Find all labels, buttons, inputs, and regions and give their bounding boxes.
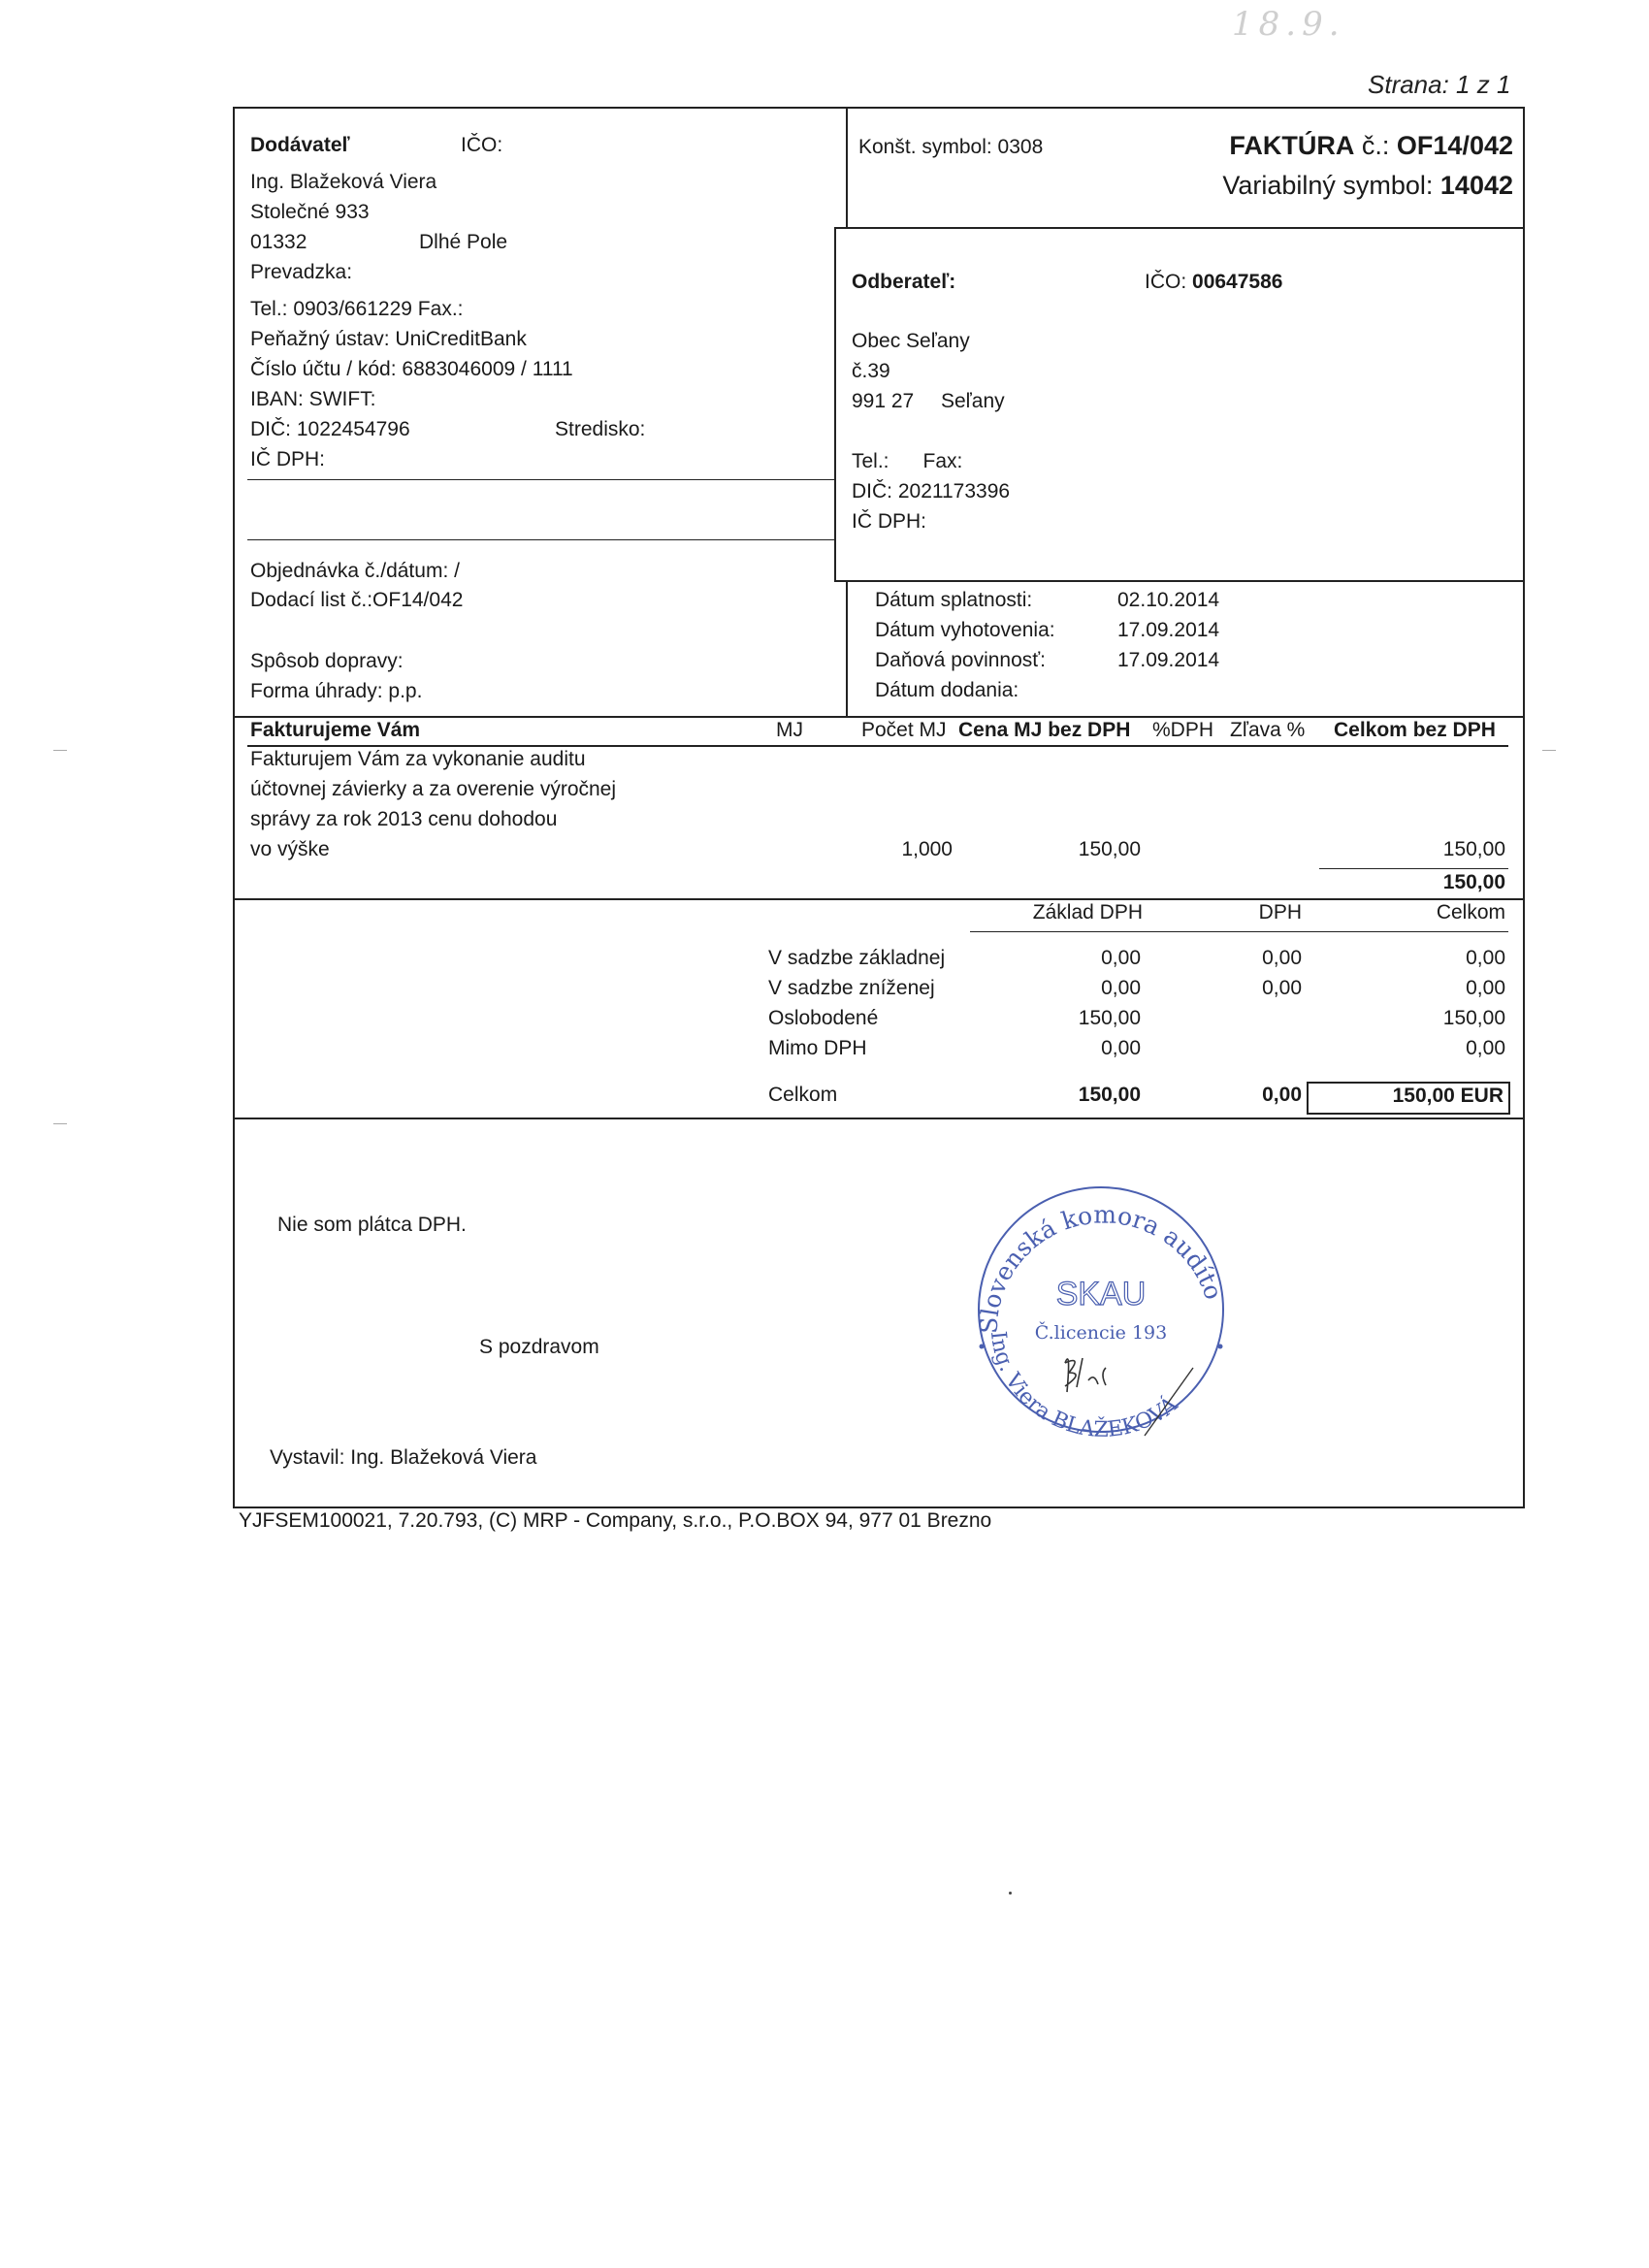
variable-symbol: Variabilný symbol: 14042	[1222, 170, 1513, 201]
vat-row-label: Oslobodené	[768, 1006, 878, 1031]
vat-row-celkom: 150,00	[1443, 1006, 1505, 1031]
vat-row-label: Mimo DPH	[768, 1036, 867, 1061]
invoice-number-prefix: č.:	[1354, 131, 1397, 160]
order-dodaci-list: Dodací list č.:OF14/042	[250, 588, 463, 613]
signature-stroke	[1145, 1368, 1193, 1436]
supplier-prevadzka: Prevadzka:	[250, 260, 352, 285]
vat-row-dph: 0,00	[1262, 976, 1302, 1001]
date-label: Daňová povinnosť:	[875, 648, 1046, 673]
stamp-center-text: SKAU	[1056, 1276, 1147, 1312]
customer-street: č.39	[852, 359, 890, 384]
page-number: Strana: 1 z 1	[1368, 70, 1510, 100]
supplier-zip: 01332	[250, 230, 307, 255]
vat-total-label: Celkom	[768, 1083, 837, 1108]
supplier-ico-label: IČO:	[461, 133, 502, 158]
variable-symbol-label: Variabilný symbol:	[1222, 171, 1440, 200]
vat-bottom	[233, 1118, 1523, 1119]
items-header-pocet: Počet MJ	[861, 718, 947, 743]
order-objednavka: Objednávka č./dátum: /	[250, 559, 460, 584]
items-bottom	[233, 898, 1523, 900]
handwritten-note: 18.9.	[1232, 5, 1345, 44]
invoice-title: FAKTÚRA č.: OF14/042	[1229, 130, 1513, 161]
scan-mark	[53, 1123, 67, 1124]
item-description-line: účtovnej závierky a za overenie výročnej	[250, 777, 616, 802]
items-header-description: Fakturujeme Vám	[250, 718, 420, 743]
customer-zip: 991 27	[852, 389, 914, 414]
header-divider	[846, 107, 848, 227]
supplier-divider	[247, 479, 834, 480]
vat-row-zaklad: 0,00	[1101, 946, 1141, 971]
invoice-title-label: FAKTÚRA	[1229, 131, 1354, 160]
customer-heading: Odberateľ:	[852, 270, 955, 295]
greeting: S pozdravom	[479, 1335, 599, 1360]
auditor-stamp: Slovenská komora audítorov Ing. Viera BL…	[960, 1169, 1242, 1450]
item-description-line: Fakturujem Vám za vykonanie auditu	[250, 747, 586, 772]
customer-ico-value: 00647586	[1192, 271, 1282, 293]
order-uhrada: Forma úhrady: p.p.	[250, 679, 422, 704]
customer-dic: DIČ: 2021173396	[852, 479, 1010, 504]
vat-row-label: V sadzbe zníženej	[768, 976, 935, 1001]
vat-header-dph: DPH	[1259, 900, 1302, 925]
vat-row-zaklad: 0,00	[1101, 976, 1141, 1001]
stamp-license-text: Č.licencie 193	[1035, 1321, 1167, 1344]
supplier-stredisko: Stredisko:	[555, 417, 645, 442]
supplier-street: Stolečné 933	[250, 200, 370, 225]
vat-row-celkom: 0,00	[1466, 1036, 1505, 1061]
vat-header-celkom: Celkom	[1437, 900, 1505, 925]
grand-total: 150,00 EUR	[1393, 1084, 1503, 1109]
footer-software-info: YJFSEM100021, 7.20.793, (C) MRP - Compan…	[239, 1509, 991, 1533]
item-description-line: správy za rok 2013 cenu dohodou	[250, 807, 557, 832]
date-label: Dátum splatnosti:	[875, 588, 1032, 613]
supplier-bank: Peňažný ústav: UniCreditBank	[250, 327, 527, 352]
supplier-account: Číslo účtu / kód: 6883046009 / 1111	[250, 357, 573, 382]
supplier-dic: DIČ: 1022454796	[250, 417, 410, 442]
scan-speck	[1009, 1892, 1012, 1895]
order-doprava: Spôsob dopravy:	[250, 649, 404, 674]
item-pocet: 1,000	[901, 837, 953, 862]
date-label: Dátum dodania:	[875, 678, 1018, 703]
frame-bottom	[233, 1507, 1525, 1508]
signature	[1065, 1358, 1106, 1392]
customer-ic-dph: IČ DPH:	[852, 509, 926, 535]
items-header-zlava: Zľava %	[1230, 718, 1305, 743]
supplier-name: Ing. Blažeková Viera	[250, 170, 436, 195]
vat-row-dph: 0,00	[1262, 946, 1302, 971]
vat-row-celkom: 0,00	[1466, 976, 1505, 1001]
stamp-outer-bottom-text: Ing. Viera BLAŽEKOVÁ	[986, 1330, 1183, 1442]
items-header-dph-pct: %DPH	[1152, 718, 1213, 743]
vat-header-zaklad: Základ DPH	[1033, 900, 1143, 925]
subtotal-line	[1319, 868, 1508, 869]
vat-row-zaklad: 0,00	[1101, 1036, 1141, 1061]
vat-row-zaklad: 150,00	[1079, 1006, 1141, 1031]
supplier-city: Dlhé Pole	[419, 230, 507, 255]
items-subtotal: 150,00	[1443, 870, 1505, 895]
invoice-number: OF14/042	[1397, 131, 1513, 160]
item-description-line: vo výške	[250, 837, 330, 862]
supplier-divider-2	[247, 539, 834, 540]
frame-left	[233, 107, 235, 1507]
date-label: Dátum vyhotovenia:	[875, 618, 1055, 643]
konst-symbol: Konšt. symbol: 0308	[858, 135, 1043, 160]
items-header-mj: MJ	[776, 718, 803, 743]
item-cena: 150,00	[1079, 837, 1141, 862]
supplier-tel-fax: Tel.: 0903/661229 Fax.:	[250, 297, 464, 322]
date-value: 02.10.2014	[1117, 588, 1219, 613]
customer-ico: IČO: 00647586	[1145, 270, 1282, 295]
item-celkom: 150,00	[1443, 837, 1505, 862]
vat-row-label: V sadzbe základnej	[768, 946, 945, 971]
vat-note: Nie som plátca DPH.	[277, 1213, 467, 1238]
frame-top	[233, 107, 1523, 109]
vat-total-dph: 0,00	[1262, 1083, 1302, 1108]
customer-tel-fax: Tel.: Fax:	[852, 449, 962, 474]
date-value: 17.09.2014	[1117, 648, 1219, 673]
items-header-celkom: Celkom bez DPH	[1334, 718, 1496, 743]
vat-header-line	[970, 931, 1508, 932]
customer-city: Seľany	[941, 389, 1005, 414]
supplier-iban-swift: IBAN: SWIFT:	[250, 387, 376, 412]
scan-mark	[53, 750, 67, 751]
vat-row-celkom: 0,00	[1466, 946, 1505, 971]
dates-divider	[846, 580, 848, 716]
supplier-ic-dph: IČ DPH:	[250, 447, 325, 472]
customer-ico-label: IČO:	[1145, 271, 1192, 293]
date-value: 17.09.2014	[1117, 618, 1219, 643]
variable-symbol-value: 14042	[1440, 171, 1513, 200]
customer-name: Obec Seľany	[852, 329, 970, 354]
issued-by: Vystavil: Ing. Blažeková Viera	[270, 1445, 536, 1471]
items-header-cena: Cena MJ bez DPH	[958, 718, 1130, 743]
vat-total-zaklad: 150,00	[1079, 1083, 1141, 1108]
supplier-heading: Dodávateľ	[250, 133, 350, 158]
scan-mark	[1542, 750, 1556, 751]
